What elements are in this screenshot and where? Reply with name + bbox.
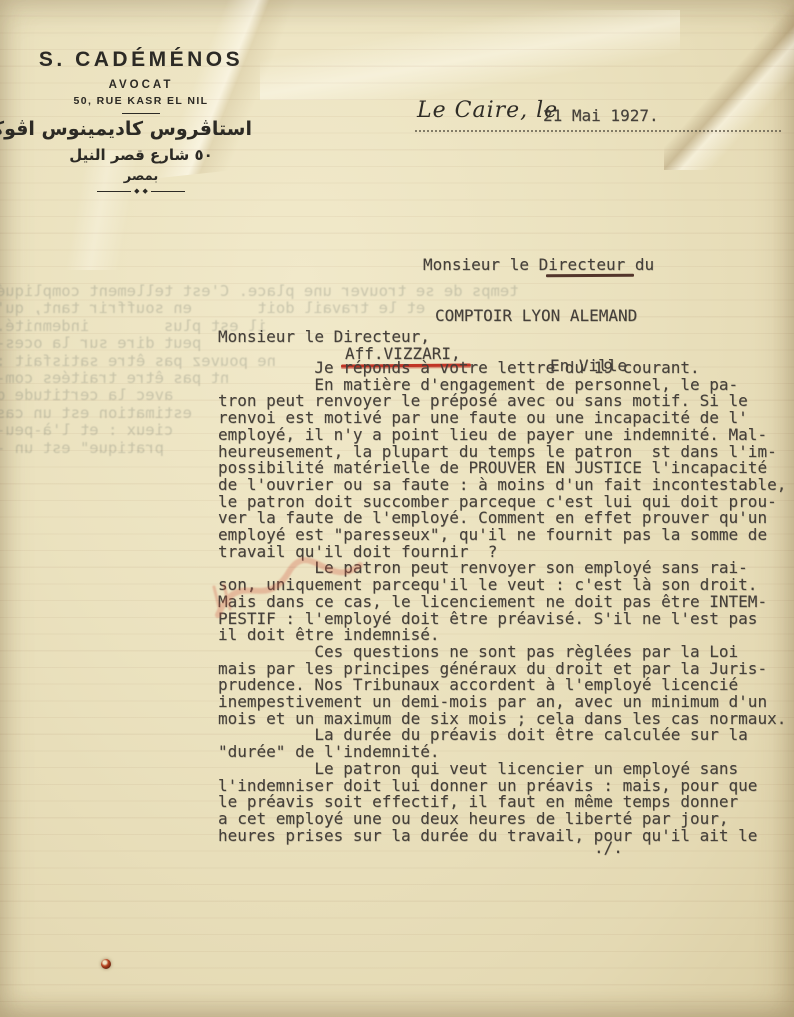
scanned-letter-page: temps de se trouver une place. C'est tel… xyxy=(0,0,794,1017)
diamond-ornament: ◆ xyxy=(143,188,148,195)
recipient-line-1: Monsieur le Directeur du xyxy=(423,257,654,274)
letterhead-address: 50, RUE KASR EL NIL xyxy=(30,95,252,107)
letterhead-rule xyxy=(122,113,160,114)
paper-crease xyxy=(260,10,680,100)
paper-crease-top-right xyxy=(664,0,794,170)
letterhead-name: S. CADÉMÉNOS xyxy=(30,48,252,72)
dateline: Le Caire, le 21 Mai 1927. xyxy=(415,98,781,132)
letterhead-divider: ◆◆ xyxy=(30,188,252,195)
dateline-printed-prefix: Le Caire, le xyxy=(417,98,558,123)
letterhead-arabic-city: بمصر xyxy=(30,169,252,184)
letterhead-arabic-address: ٥٠ شارع قصر النيل xyxy=(30,146,252,164)
divider-line xyxy=(97,191,131,192)
continuation-mark: ./. xyxy=(594,838,623,857)
recipient-line-2: COMPTOIR LYON ALEMAND xyxy=(435,308,654,325)
rust-spot xyxy=(101,959,111,969)
diamond-ornament: ◆ xyxy=(134,188,139,195)
divider-line xyxy=(151,191,185,192)
letterhead-title: AVOCAT xyxy=(30,79,252,91)
en-ville-underline xyxy=(546,274,634,277)
letterhead-arabic-name: استاڤروس كاديمينوس اڤوكاتو xyxy=(30,118,252,140)
dateline-typed-date: 21 Mai 1927. xyxy=(543,106,659,125)
letter-body: Je réponds à votre lettre du 19 courant.… xyxy=(218,360,786,844)
letterhead: S. CADÉMÉNOS AVOCAT 50, RUE KASR EL NIL … xyxy=(30,48,252,195)
